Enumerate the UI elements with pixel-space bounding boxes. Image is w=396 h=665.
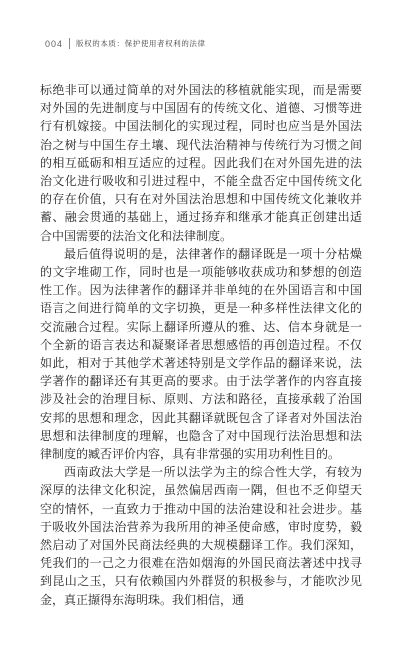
- body-text: 标绝非可以通过简单的对外国法的移植就能实现，而是需要对外国的先进制度与中国固有的…: [40, 81, 362, 609]
- book-page: 004 版权的本质：保护使用者权利的法律 标绝非可以通过简单的对外国法的移植就能…: [0, 0, 396, 665]
- page-number: 004: [45, 39, 63, 49]
- paragraph: 西南政法大学是一所以法学为主的综合性大学，有较为深厚的法律文化积淀，虽然偏居西南…: [40, 463, 362, 609]
- page-header: 004 版权的本质：保护使用者权利的法律: [45, 38, 206, 49]
- running-title: 版权的本质：保护使用者权利的法律: [76, 38, 206, 49]
- paragraph-continuation: 标绝非可以通过简单的对外国法的移植就能实现，而是需要对外国的先进制度与中国固有的…: [40, 81, 362, 245]
- header-divider: [69, 38, 70, 49]
- paragraph: 最后值得说明的是，法律著作的翻译既是一项十分枯燥的文字堆砌工作，同时也是一项能够…: [40, 245, 362, 463]
